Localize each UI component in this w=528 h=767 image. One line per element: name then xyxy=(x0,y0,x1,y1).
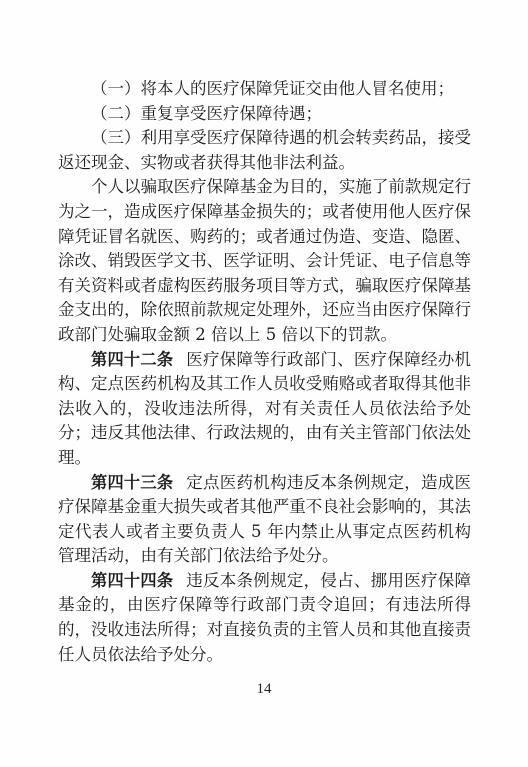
article-44-number: 第四十四条 xyxy=(91,571,173,590)
article-43-number: 第四十三条 xyxy=(91,473,173,492)
scanned-document-page: （一）将本人的医疗保障凭证交由他人冒名使用； （二）重复享受医疗保障待遇； （三… xyxy=(0,0,528,767)
article-44-paragraph: 第四十四条违反本条例规定，侵占、挪用医疗保障基金的，由医疗保障等行政部门责令追回… xyxy=(58,569,471,667)
clause-item-three: （三）利用享受医疗保障待遇的机会转卖药品，接受返还现金、实物或者获得其他非法利益… xyxy=(58,126,471,175)
paragraph-individual-fraud-penalty: 个人以骗取医疗保障基金为目的，实施了前款规定行为之一，造成医疗保障基金损失的；或… xyxy=(58,175,471,347)
clause-item-one: （一）将本人的医疗保障凭证交由他人冒名使用； xyxy=(58,77,471,102)
article-43-paragraph: 第四十三条定点医药机构违反本条例规定，造成医疗保障基金重大损失或者其他严重不良社… xyxy=(58,471,471,569)
page-number: 14 xyxy=(0,681,528,698)
clause-item-two: （二）重复享受医疗保障待遇； xyxy=(58,102,471,127)
article-42-number: 第四十二条 xyxy=(91,350,173,369)
article-42-paragraph: 第四十二条医疗保障等行政部门、医疗保障经办机构、定点医药机构及其工作人员收受贿赂… xyxy=(58,348,471,471)
page-text-block: （一）将本人的医疗保障凭证交由他人冒名使用； （二）重复享受医疗保障待遇； （三… xyxy=(58,77,471,667)
